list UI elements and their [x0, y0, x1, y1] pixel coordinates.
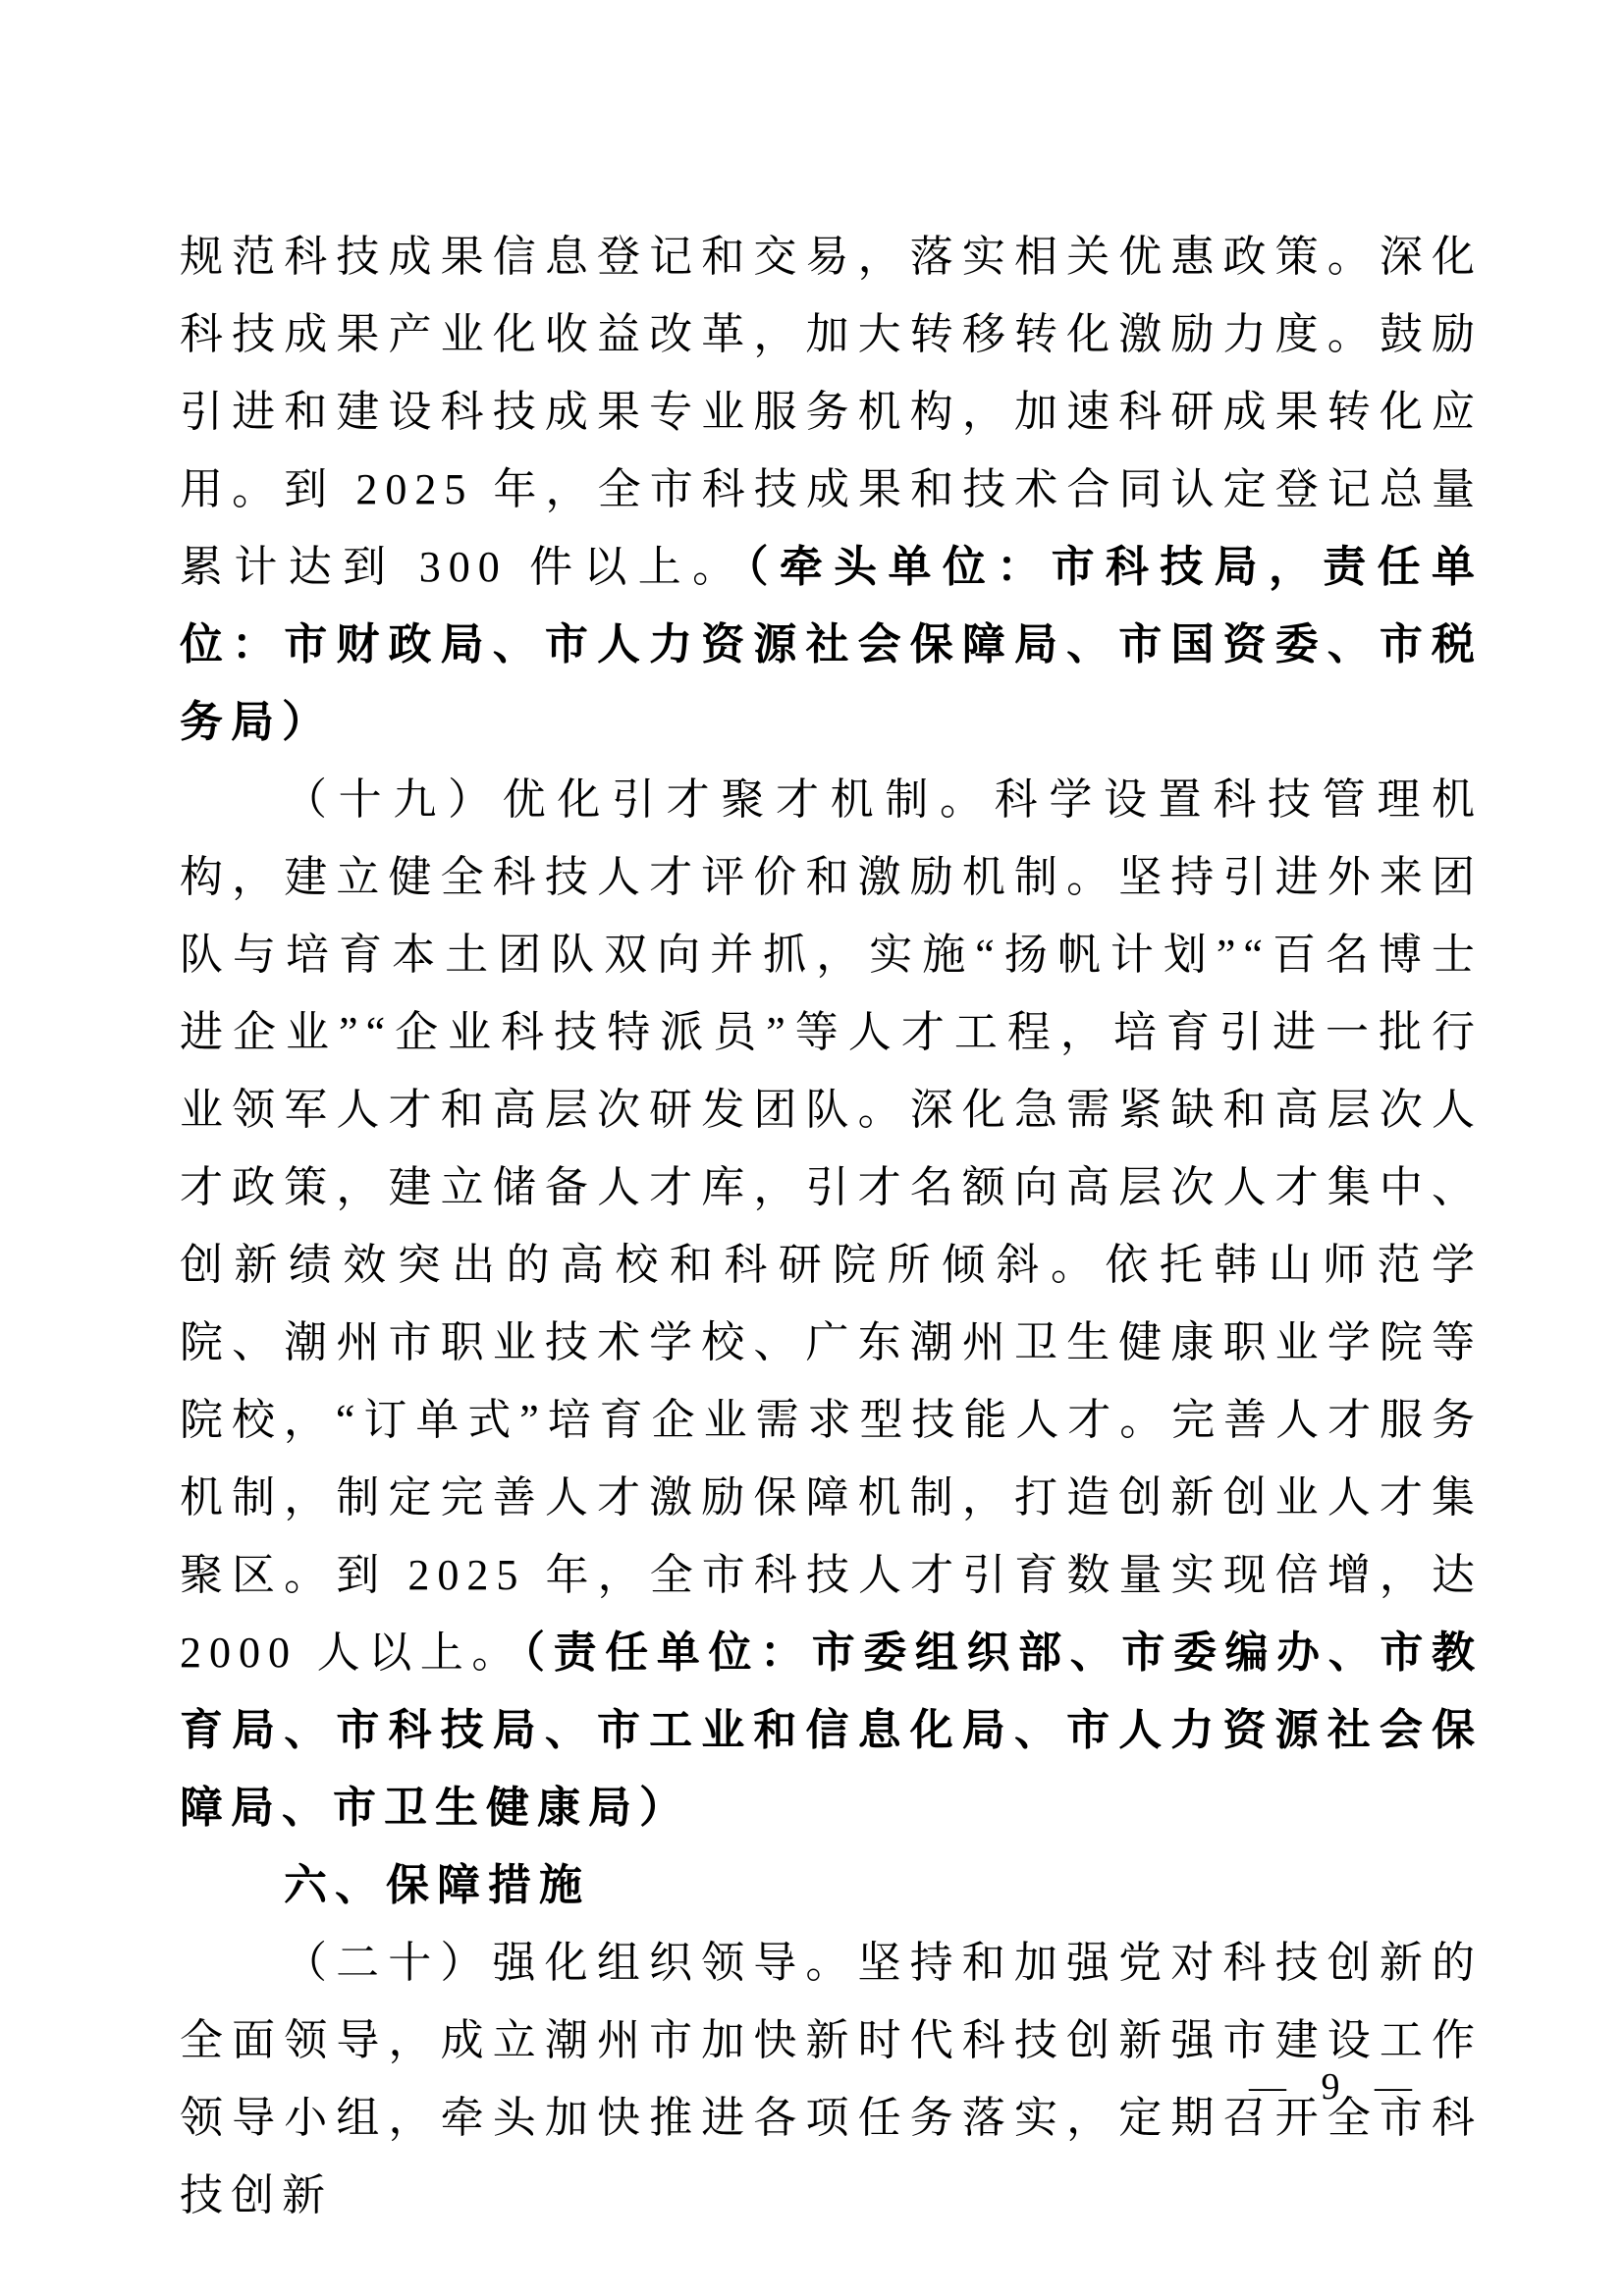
paragraph-tech-achievements: 规范科技成果信息登记和交易，落实相关优惠政策。深化科技成果产业化收益改革，加大转…	[180, 218, 1483, 761]
paragraph-talent-mechanism: （十九）优化引才聚才机制。科学设置科技管理机构，建立健全科技人才评价和激励机制。…	[180, 761, 1483, 1846]
document-page: 规范科技成果信息登记和交易，落实相关优惠政策。深化科技成果产业化收益改革，加大转…	[0, 0, 1624, 2296]
page-number: — 9 —	[1249, 2065, 1414, 2109]
document-body: 规范科技成果信息登记和交易，落实相关优惠政策。深化科技成果产业化收益改革，加大转…	[180, 218, 1483, 2234]
section-heading: 六、保障措施	[180, 1846, 1483, 1924]
body-text: 规范科技成果信息登记和交易，落实相关优惠政策。深化科技成果产业化收益改革，加大转…	[180, 233, 1483, 591]
heading-text: 六、保障措施	[284, 1861, 590, 1909]
body-text: （十九）优化引才聚才机制。科学设置科技管理机构，建立健全科技人才评价和激励机制。…	[180, 775, 1483, 1677]
